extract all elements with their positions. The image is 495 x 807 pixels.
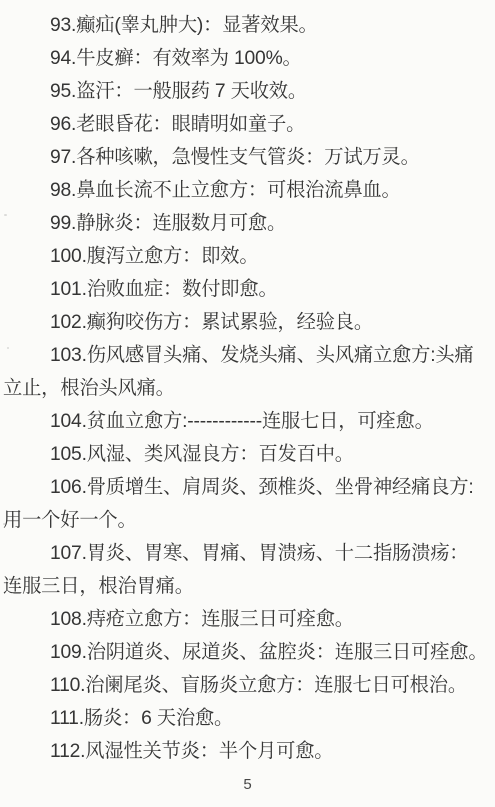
remedy-item: 93.癫疝(睾丸肿大)：显著效果。 [3, 9, 492, 42]
page-number: 5 [3, 768, 492, 801]
remedy-line: 111.肠炎：6 天治愈。 [3, 702, 492, 735]
remedy-item: 112.风湿性关节炎：半个月可愈。 [3, 735, 492, 768]
remedy-item: 108.痔疮立愈方：连服三日可痊愈。 [3, 603, 492, 636]
remedy-line-continuation: 用一个好一个。 [3, 504, 492, 537]
remedy-line: 110.治阑尾炎、盲肠炎立愈方：连服七日可根治。 [3, 669, 492, 702]
remedy-line: 95.盗汗：一般服药 7 天收效。 [3, 75, 492, 108]
scan-speck [3, 523, 6, 525]
remedy-item: 103.伤风感冒头痛、发烧头痛、头风痛立愈方:头痛 立止，根治头风痛。 [3, 339, 492, 405]
remedy-item: 98.鼻血长流不止立愈方：可根治流鼻血。 [3, 174, 492, 207]
remedy-line-continuation: 连服三日，根治胃痛。 [3, 570, 492, 603]
remedy-line: 109.治阴道炎、尿道炎、盆腔炎：连服三日可痊愈。 [3, 636, 492, 669]
remedy-line: 96.老眼昏花：眼睛明如童子。 [3, 108, 492, 141]
remedy-item: 95.盗汗：一般服药 7 天收效。 [3, 75, 492, 108]
remedy-line: 108.痔疮立愈方：连服三日可痊愈。 [3, 603, 492, 636]
remedy-item: 96.老眼昏花：眼睛明如童子。 [3, 108, 492, 141]
remedy-line: 101.治败血症：数付即愈。 [3, 273, 492, 306]
remedy-line: 99.静脉炎：连服数月可愈。 [3, 207, 492, 240]
remedy-line: 107.胃炎、胃寒、胃痛、胃溃疡、十二指肠溃疡： [3, 537, 492, 570]
remedy-line: 105.风湿、类风湿良方：百发百中。 [3, 438, 492, 471]
remedy-item: 97.各种咳嗽，急慢性支气管炎：万试万灵。 [3, 141, 492, 174]
remedy-item: 100.腹泻立愈方：即效。 [3, 240, 492, 273]
remedy-item: 106.骨质增生、肩周炎、颈椎炎、坐骨神经痛良方: 用一个好一个。 [3, 471, 492, 537]
remedy-line: 94.牛皮癣：有效率为 100%。 [3, 42, 492, 75]
remedy-item: 111.肠炎：6 天治愈。 [3, 702, 492, 735]
remedy-line-continuation: 立止，根治头风痛。 [3, 372, 492, 405]
remedy-line: 97.各种咳嗽，急慢性支气管炎：万试万灵。 [3, 141, 492, 174]
remedy-line: 106.骨质增生、肩周炎、颈椎炎、坐骨神经痛良方: [3, 471, 492, 504]
remedy-item: 102.癫狗咬伤方：累试累验，经验良。 [3, 306, 492, 339]
remedy-item: 110.治阑尾炎、盲肠炎立愈方：连服七日可根治。 [3, 669, 492, 702]
remedy-line: 102.癫狗咬伤方：累试累验，经验良。 [3, 306, 492, 339]
remedy-line: 104.贫血立愈方:------------连服七日，可痊愈。 [3, 405, 492, 438]
remedy-line: 112.风湿性关节炎：半个月可愈。 [3, 735, 492, 768]
remedy-item: 107.胃炎、胃寒、胃痛、胃溃疡、十二指肠溃疡： 连服三日，根治胃痛。 [3, 537, 492, 603]
remedy-item: 104.贫血立愈方:------------连服七日，可痊愈。 [3, 405, 492, 438]
remedy-line: 100.腹泻立愈方：即效。 [3, 240, 492, 273]
remedy-item: 105.风湿、类风湿良方：百发百中。 [3, 438, 492, 471]
remedy-item: 109.治阴道炎、尿道炎、盆腔炎：连服三日可痊愈。 [3, 636, 492, 669]
scan-speck [4, 214, 7, 216]
scan-speck [7, 347, 9, 349]
remedy-line: 103.伤风感冒头痛、发烧头痛、头风痛立愈方:头痛 [3, 339, 492, 372]
remedy-item: 99.静脉炎：连服数月可愈。 [3, 207, 492, 240]
remedy-item: 101.治败血症：数付即愈。 [3, 273, 492, 306]
document-page: 93.癫疝(睾丸肿大)：显著效果。 94.牛皮癣：有效率为 100%。 95.盗… [0, 0, 495, 807]
remedy-item: 94.牛皮癣：有效率为 100%。 [3, 42, 492, 75]
remedy-line: 93.癫疝(睾丸肿大)：显著效果。 [3, 9, 492, 42]
remedy-line: 98.鼻血长流不止立愈方：可根治流鼻血。 [3, 174, 492, 207]
